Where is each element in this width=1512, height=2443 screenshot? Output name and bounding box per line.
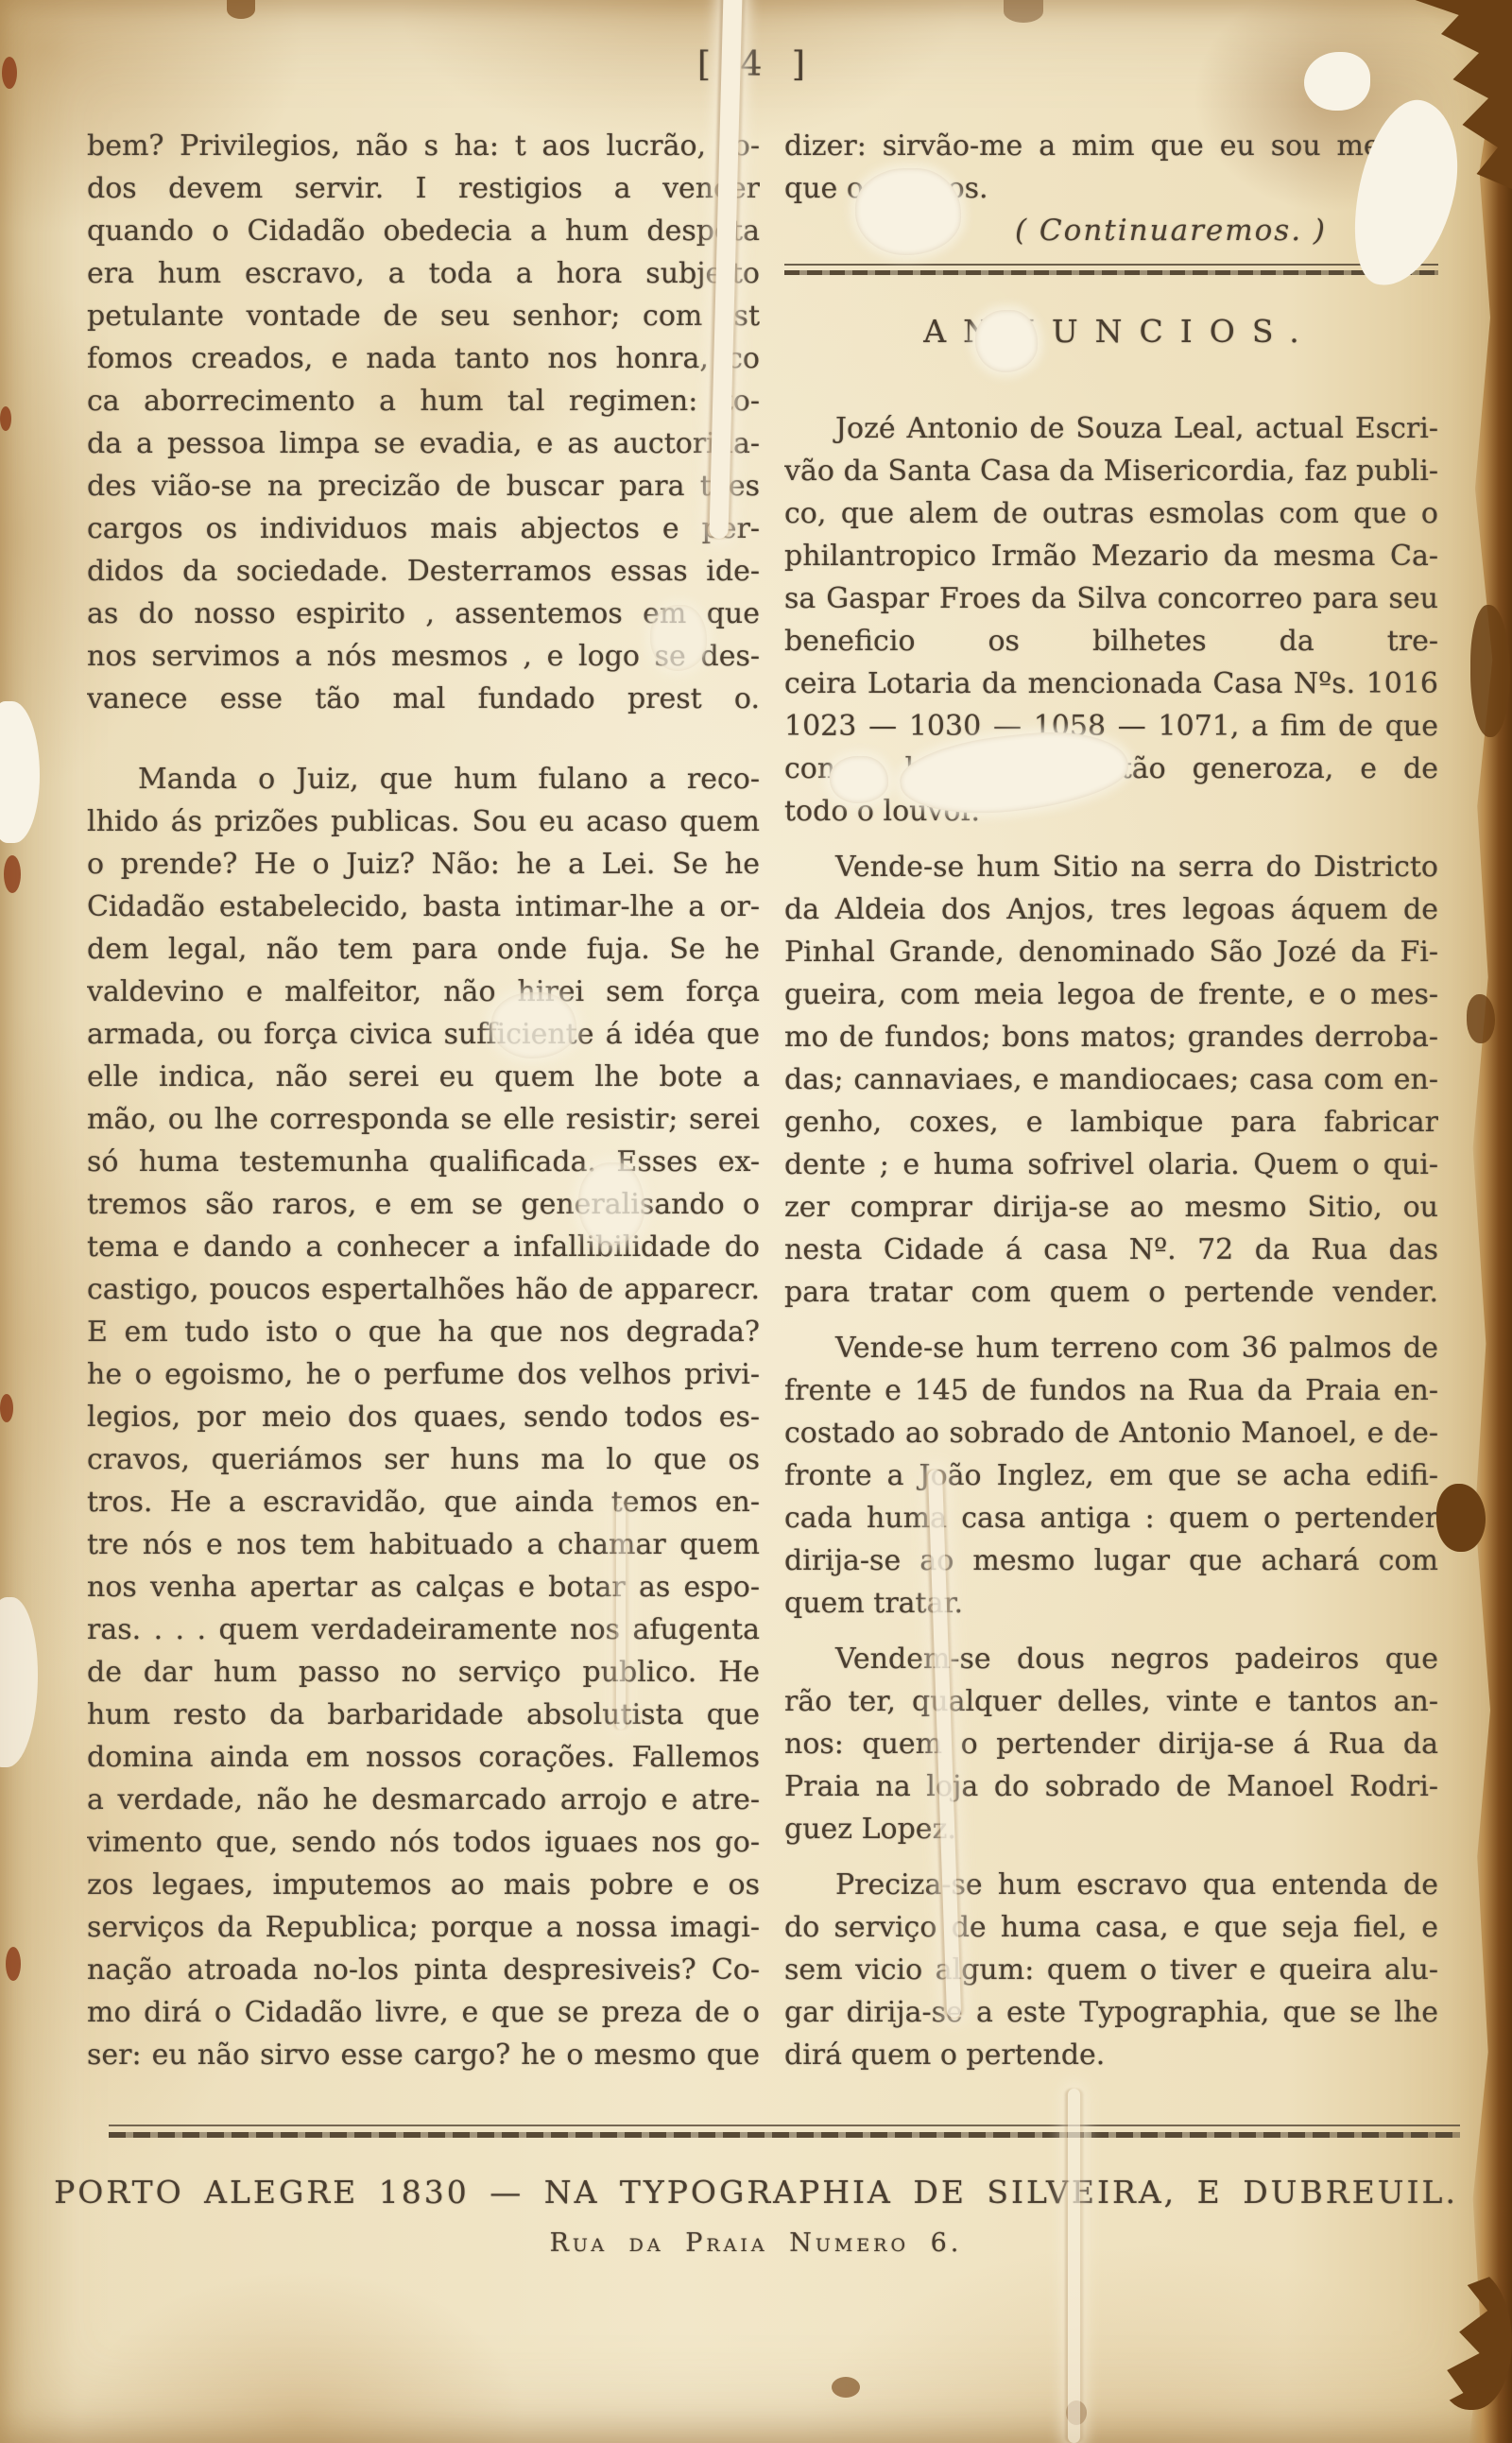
rule-thick-line (109, 2132, 1460, 2138)
text-line: zos legaes, imputemos ao mais pobre e os (87, 1864, 760, 1906)
text-line: des vião-se na precizão de buscar para t… (87, 465, 760, 508)
left-column: bem? Privilegios, não s ha: t aos lucrão… (87, 125, 760, 2076)
text-line: gueira, com meia legoa de frente, e o me… (784, 973, 1438, 1016)
text-line: tre nós e nos tem habituado a chamar que… (87, 1523, 760, 1566)
text-line: tremos são raros, e em se generalisando … (87, 1183, 760, 1226)
text-line: dos devem servir. I restigios a vencer (87, 167, 760, 210)
text-line: Jozé Antonio de Souza Leal, actual Escri… (784, 407, 1438, 450)
text-line: legios, por meio dos quaes, sendo todos … (87, 1396, 760, 1438)
text-line: nos: quem o pertender dirija-se á Rua da (784, 1723, 1438, 1765)
text-line: dirá quem o pertende. (784, 2034, 1438, 2076)
text-line: só huma testemunha qualificada. Esses ex… (87, 1141, 760, 1183)
text-line: hum resto da barbaridade absolutista que (87, 1694, 760, 1736)
text-line: de dar hum passo no serviço publico. He (87, 1651, 760, 1694)
text-line: dente ; e huma sofrivel olaria. Quem o q… (784, 1144, 1438, 1186)
text-line: cada huma casa antiga : quem o pertender (784, 1497, 1438, 1540)
ad-paragraph: Vendem-se dous negros padeiros que pode-… (784, 1638, 1438, 1850)
text-line: ceira Lotaria da mencionada Casa Nºs. 10… (784, 662, 1438, 705)
text-line: guez Lopez. (784, 1808, 1438, 1850)
page-number: [ 4 ] (0, 45, 1512, 84)
text-line: das; cannaviaes, e mandiocaes; casa com … (784, 1058, 1438, 1101)
ink-speck (0, 1394, 13, 1422)
text-line: Praia na loja do sobrado de Manoel Rodri… (784, 1765, 1438, 1808)
text-line: ca aborrecimento a hum tal regimen: to- (87, 380, 760, 422)
footer-divider-rule (109, 2125, 1460, 2138)
text-line: dirija-se ao mesmo lugar que achará com (784, 1540, 1438, 1582)
text-line: E em tudo isto o que ha que nos degrada? (87, 1311, 760, 1353)
text-line: valdevino e malfeitor, não hirei sem for… (87, 971, 760, 1013)
paper-tear (1340, 92, 1471, 296)
text-line: elle indica, não serei eu quem lhe bote … (87, 1056, 760, 1098)
paper-hole (855, 168, 961, 255)
text-line: para tratar com quem o pertende vender. (784, 1271, 1438, 1314)
text-line: philantropico Irmão Mezario da mesma Ca- (784, 535, 1438, 577)
paper-hole (578, 1162, 644, 1246)
text-line: a verdade, não he desmarcado arrojo e at… (87, 1779, 760, 1821)
edge-stain (832, 2377, 860, 2398)
torn-right-edge (1469, 0, 1512, 2443)
paper-tear (1304, 52, 1370, 111)
text-line: co, que alem de outras esmolas com que o (784, 492, 1438, 535)
text-line: ras. . . . quem verdadeiramente nos afug… (87, 1609, 760, 1651)
text-line: genho, coxes, e lambique para fabricar a… (784, 1101, 1438, 1144)
text-line: didos da sociedade. Desterramos essas id… (87, 550, 760, 593)
text-line: do serviço de huma casa, e que seja fiel… (784, 1906, 1438, 1949)
ad-paragraph: Vende-se hum terreno com 36 palmos defre… (784, 1327, 1438, 1625)
text-line: rão ter, qualquer delles, vinte e tantos… (784, 1680, 1438, 1723)
text-line: cravos, queriámos ser huns ma lo que os (87, 1438, 760, 1481)
edge-stain (1436, 1484, 1486, 1552)
edge-nick (1004, 0, 1043, 23)
paper-crease (1068, 2089, 1080, 2443)
text-line: armada, ou força civica sufficiente á id… (87, 1013, 760, 1056)
text-line: quem tratar. (784, 1582, 1438, 1625)
text-line: nesta Cidade á casa Nº. 72 da Rua das Do… (784, 1229, 1438, 1271)
text-line: petulante vontade de seu senhor; com ist (87, 295, 760, 337)
text-line: ser: eu não sirvo esse cargo? he o mesmo… (87, 2034, 760, 2076)
text-line: fomos creados, e nada tanto nos honra, c… (87, 337, 760, 380)
right-column: dizer: sirvão-me a mim que eu sou melhor… (784, 125, 1438, 2076)
text-line: Vende-se hum terreno com 36 palmos de (784, 1327, 1438, 1369)
ad-paragraph: Vende-se hum Sitio na serra do Districto… (784, 846, 1438, 1314)
text-line: dizer: sirvão-me a mim que eu sou melhor (784, 125, 1438, 167)
ink-speck (2, 57, 17, 89)
ink-speck (4, 855, 21, 893)
text-line: Manda o Juiz, que hum fulano a reco- (87, 758, 760, 800)
text-line: serviços da Republica; porque a nossa im… (87, 1906, 760, 1949)
text-line: beneficio os bilhetes da tre- (784, 620, 1438, 662)
text-line: da Aldeia dos Anjos, tres legoas áquem d… (784, 888, 1438, 931)
text-line: nos venha apertar as calças e botar as e… (87, 1566, 760, 1609)
text-line: he o egoismo, he o perfume dos velhos pr… (87, 1353, 760, 1396)
ink-speck (6, 1947, 21, 1981)
text-line: tros. He a escravidão, que ainda temos e… (87, 1481, 760, 1523)
imprint-line: PORTO ALEGRE 1830 — NA TYPOGRAPHIA DE SI… (0, 2174, 1512, 2211)
text-line: quando o Cidadão obedecia a hum despota (87, 210, 760, 252)
newspaper-page: [ 4 ] bem? Privilegios, não s ha: t aos … (0, 0, 1512, 2443)
ink-speck (0, 406, 11, 431)
text-line: tema e dando a conhecer a infallibilidad… (87, 1226, 760, 1268)
text-line: dem legal, não tem para onde fuja. Se he (87, 928, 760, 971)
ad-paragraph: Preciza-se hum escravo qua entenda de to… (784, 1864, 1438, 2076)
text-line: era hum escravo, a toda a hora subjeito (87, 252, 760, 295)
text-line: nação atroada no-los pinta despresiveis?… (87, 1949, 760, 1991)
text-line: domina ainda em nossos corações. Fallemo… (87, 1736, 760, 1779)
text-line: sem vicio algum: quem o tiver e queira a… (784, 1949, 1438, 1991)
paper-crease (616, 1503, 626, 1729)
text-line: Pinhal Grande, denominado São Jozé da Fi… (784, 931, 1438, 973)
text-line: fronte a João Inglez, em que se acha edi… (784, 1454, 1438, 1497)
paragraph: Manda o Juiz, que hum fulano a reco-lhid… (87, 758, 760, 2076)
text-line: Cidadão estabelecido, basta intimar-lhe … (87, 886, 760, 928)
imprint-address-line: Rua da Praia Numero 6. (0, 2228, 1512, 2258)
text-line: vanece esse tão mal fundado prest o. (87, 678, 760, 720)
text-line: vimento que, sendo nós todos iguaes nos … (87, 1821, 760, 1864)
paper-tear (0, 701, 40, 843)
text-line: da a pessoa limpa se evadia, e as auctor… (87, 422, 760, 465)
paper-hole (491, 992, 576, 1058)
paper-tear (0, 1597, 38, 1767)
text-line: vão da Santa Casa da Misericordia, faz p… (784, 450, 1438, 492)
text-line: zer comprar dirija-se ao mesmo Sitio, ou (784, 1186, 1438, 1229)
text-line: Vendem-se dous negros padeiros que pode- (784, 1638, 1438, 1680)
text-line: cargos os individuos mais abjectos e per… (87, 508, 760, 550)
text-line: 1023 — 1030 — 1058 — 1071, a fim de que (784, 705, 1438, 748)
text-line: o prende? He o Juiz? Não: he a Lei. Se h… (87, 843, 760, 886)
text-line: mão, ou lhe corresponda se elle resistir… (87, 1098, 760, 1141)
edge-stain (1470, 605, 1510, 737)
paper-hole (830, 756, 888, 803)
text-line: frente e 145 de fundos na Rua da Praia e… (784, 1369, 1438, 1412)
edge-stain (1467, 994, 1495, 1043)
rule-thick-line (784, 270, 1438, 275)
paper-hole (975, 310, 1038, 372)
text-line: costado ao sobrado de Antonio Manoel, e … (784, 1412, 1438, 1454)
text-line: lhido ás prizões publicas. Sou eu acaso … (87, 800, 760, 843)
text-line: Preciza-se hum escravo qua entenda de to… (784, 1864, 1438, 1906)
text-line: bem? Privilegios, não s ha: t aos lucrão… (87, 125, 760, 167)
section-divider-rule (784, 264, 1438, 275)
paper-hole (650, 605, 707, 671)
text-line: Vende-se hum Sitio na serra do Districto (784, 846, 1438, 888)
text-line: castigo, poucos espertalhões hão de appa… (87, 1268, 760, 1311)
text-line: sa Gaspar Froes da Silva concorreo para … (784, 577, 1438, 620)
text-line: gar dirija-se a este Typographia, que se… (784, 1991, 1438, 2034)
text-line: mo dirá o Cidadão livre, e que se preza … (87, 1991, 760, 2034)
section-title: ANNUNCIOS. (784, 307, 1438, 356)
edge-nick (227, 0, 255, 19)
text-line: mo de fundos; bons matos; grandes derrob… (784, 1016, 1438, 1058)
text-line: todo o louvor. (784, 790, 1438, 833)
